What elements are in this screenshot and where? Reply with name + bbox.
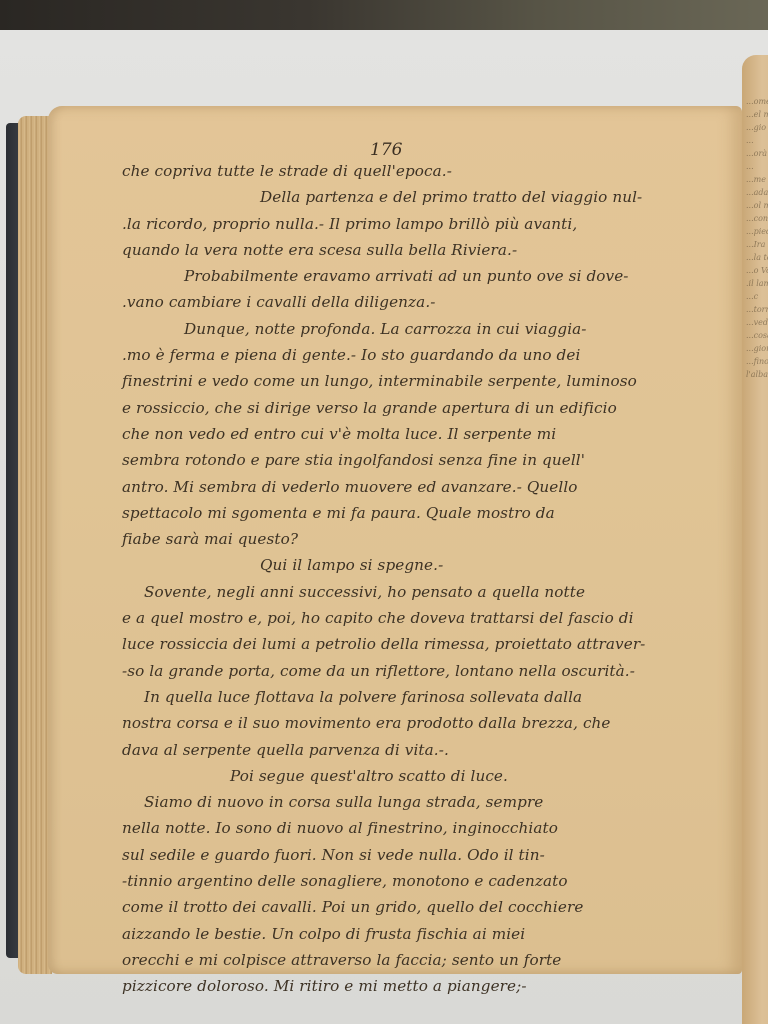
text-line: Sovente, negli anni successivi, ho pensa… [122, 579, 722, 605]
page-number: 176 [370, 140, 402, 160]
text-line: come il trotto dei cavalli. Poi un grido… [122, 894, 722, 920]
facing-fragment: ...ol mu [746, 199, 768, 212]
text-line: nella notte. Io sono di nuovo al finestr… [122, 815, 722, 841]
text-line: sul sedile e guardo fuori. Non si vede n… [122, 842, 722, 868]
facing-fragment: ...orà l'alba [746, 147, 768, 160]
facing-fragment: ...torna [746, 303, 768, 316]
facing-fragment: ...giornal [746, 342, 768, 355]
facing-fragment: ...cosa [746, 329, 768, 342]
text-line: nostra corsa e il suo movimento era prod… [122, 710, 722, 736]
text-line: finestrini e vedo come un lungo, intermi… [122, 368, 722, 394]
text-line: -so la grande porta, come da un rifletto… [122, 658, 722, 684]
facing-page-edge: ...omento sa ...el mo ...gio ... ...orà … [742, 55, 768, 1024]
facing-fragment: ...c [746, 290, 768, 303]
text-line: aizzando le bestie. Un colpo di frusta f… [122, 921, 722, 947]
text-line: Dunque, notte profonda. La carrozza in c… [122, 316, 722, 342]
facing-fragment: ... [746, 134, 768, 147]
facing-fragment: l'alba [746, 368, 768, 381]
facing-fragment: ...finora [746, 355, 768, 368]
facing-fragment: ...o Volpe [746, 264, 768, 277]
text-line: .mo è ferma e piena di gente.- Io sto gu… [122, 342, 722, 368]
text-line: pizzicore doloroso. Mi ritiro e mi metto… [122, 973, 722, 999]
text-line: e rossiccio, che si dirige verso la gran… [122, 395, 722, 421]
text-line: spettacolo mi sgomenta e mi fa paura. Qu… [122, 500, 722, 526]
facing-fragment: ...el mo [746, 108, 768, 121]
text-line: dava al serpente quella parvenza di vita… [122, 737, 722, 763]
dark-background [0, 0, 768, 34]
text-line: Della partenza e del primo tratto del vi… [122, 184, 722, 210]
facing-fragment: ...me al [746, 173, 768, 186]
text-line: orecchi e mi colpisce attraverso la facc… [122, 947, 722, 973]
text-line: Siamo di nuovo in corsa sulla lunga stra… [122, 789, 722, 815]
text-line: quando la vera notte era scesa sulla bel… [122, 237, 722, 263]
text-line: -tinnio argentino delle sonagliere, mono… [122, 868, 722, 894]
text-line: .la ricordo, proprio nulla.- Il primo la… [122, 211, 722, 237]
text-line: luce rossiccia dei lumi a petrolio della… [122, 631, 722, 657]
handwritten-text-block: che copriva tutte le strade di quell'epo… [122, 158, 722, 1000]
text-line: In quella luce flottava la polvere farin… [122, 684, 722, 710]
text-line: e a quel mostro e, poi, ho capito che do… [122, 605, 722, 631]
facing-fragment: ...veda [746, 316, 768, 329]
text-line: che non vedo ed entro cui v'è molta luce… [122, 421, 722, 447]
text-line: Probabilmente eravamo arrivati ad un pun… [122, 263, 722, 289]
facing-fragment: ...la tona [746, 251, 768, 264]
text-line: fiabe sarà mai questo? [122, 526, 722, 552]
text-line: Qui il lampo si spegne.- [122, 552, 722, 578]
facing-fragment: ...ada a [746, 186, 768, 199]
text-line: .vano cambiare i cavalli della diligenza… [122, 289, 722, 315]
facing-fragment: ...con mol [746, 212, 768, 225]
facing-fragment: ...omento sa [746, 95, 768, 108]
facing-fragment: ... [746, 160, 768, 173]
facing-page-text: ...omento sa ...el mo ...gio ... ...orà … [746, 95, 768, 995]
facing-fragment: ...gio [746, 121, 768, 134]
text-line: sembra rotondo e pare stia ingolfandosi … [122, 447, 722, 473]
page-stack-edge [18, 116, 52, 974]
facing-fragment: ...piede [746, 225, 768, 238]
text-line: antro. Mi sembra di vederlo muovere ed a… [122, 474, 722, 500]
text-line: Poi segue quest'altro scatto di luce. [122, 763, 722, 789]
text-line: che copriva tutte le strade di quell'epo… [122, 158, 722, 184]
facing-fragment: ...Ira [746, 238, 768, 251]
facing-fragment: .il lamp [746, 277, 768, 290]
